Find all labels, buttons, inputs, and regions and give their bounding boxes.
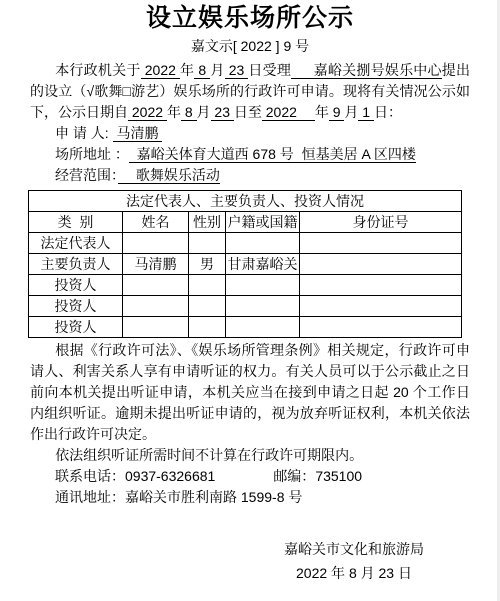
hearing-time-note: 依法组织听证所需时间不计算在行政许可期限内。 <box>30 445 470 466</box>
accept-day-field: 23 <box>225 62 249 79</box>
notice-content: 设立娱乐场所公示 嘉文示[ 2022 ] 9 号 本行政机关于 2022 年 8… <box>0 0 500 508</box>
intro-paragraph: 本行政机关于 2022 年 8 月 23 日受理 嘉峪关捌号娱乐中心提出的设立（… <box>30 60 470 123</box>
table-caption-row: 法定代表人、主要负责人、投资人情况 <box>29 191 462 212</box>
cell-id-number <box>300 317 462 338</box>
business-scope-line: 经营范围： 歌舞娱乐活动 <box>30 165 470 186</box>
venue-address-label: 场所地址 ： <box>55 146 129 162</box>
signature-block: 嘉峪关市文化和旅游局 2022 年 8 月 23 日 <box>284 537 424 585</box>
intro-text: 月 <box>210 62 224 78</box>
cell-name <box>123 275 189 296</box>
intro-text: 月 <box>344 104 358 120</box>
intro-text: 年 <box>180 62 194 78</box>
end-day-field: 1 <box>358 104 374 121</box>
doc-number: 嘉文示[ 2022 ] 9 号 <box>30 36 470 56</box>
cell-id-number <box>300 233 462 254</box>
applicant-line: 申 请 人: 马清鹏 <box>30 123 470 144</box>
venue-address-value: 嘉峪关体育大道西 678 号 恒基美居 A 区四楼 <box>129 146 416 163</box>
column-header-category: 类 别 <box>29 212 123 233</box>
table-row: 投资人 <box>29 296 462 317</box>
mailing-address-label: 通讯地址： <box>55 489 125 505</box>
cell-id-number <box>300 296 462 317</box>
table-header-row: 类 别 姓名 性别 户籍或国籍 身份证号 <box>29 212 462 233</box>
intro-text: 年 <box>315 104 329 120</box>
applicant-label: 申 请 人: <box>55 125 109 141</box>
column-header-origin: 户籍或国籍 <box>226 212 300 233</box>
cell-name: 马清鹏 <box>123 254 189 275</box>
intro-text: 日至 <box>234 104 262 120</box>
issuing-agency: 嘉峪关市文化和旅游局 <box>284 537 424 561</box>
cell-origin <box>226 233 300 254</box>
start-day-field: 23 <box>211 104 234 121</box>
column-header-id-number: 身份证号 <box>300 212 462 233</box>
mailing-address-line: 通讯地址：嘉峪关市胜利南路 1599-8 号 <box>30 487 470 508</box>
phone-value: 0937-6326681 <box>125 468 215 484</box>
cell-category: 投资人 <box>29 296 123 317</box>
postcode-label: 邮编： <box>273 468 315 484</box>
intro-text: 日受理 <box>248 62 291 78</box>
applicant-org-field: 嘉峪关捌号娱乐中心 <box>291 62 442 79</box>
cell-gender: 男 <box>189 254 226 275</box>
applicant-value: 马清鹏 <box>113 125 163 142</box>
cell-category: 投资人 <box>29 317 123 338</box>
persons-table: 法定代表人、主要负责人、投资人情况 类 别 姓名 性别 户籍或国籍 身份证号 法… <box>28 190 462 338</box>
table-row: 投资人 <box>29 317 462 338</box>
hearing-rights-paragraph: 根据《行政许可法》、《娱乐场所管理条例》相关规定，行政许可申请人、利害关系人享有… <box>30 340 470 445</box>
page-title: 设立娱乐场所公示 <box>30 3 470 33</box>
phone-postcode-line: 联系电话：0937-6326681邮编：735100 <box>30 466 470 487</box>
table-row: 投资人 <box>29 275 462 296</box>
notice-page: 设立娱乐场所公示 嘉文示[ 2022 ] 9 号 本行政机关于 2022 年 8… <box>0 0 500 601</box>
start-year-field: 2022 <box>128 104 167 121</box>
venue-address-line: 场所地址 ： 嘉峪关体育大道西 678 号 恒基美居 A 区四楼 <box>30 144 470 165</box>
cell-gender <box>189 296 226 317</box>
business-scope-value: 歌舞娱乐活动 <box>118 167 220 184</box>
intro-text: 年 <box>167 104 181 120</box>
table-caption: 法定代表人、主要负责人、投资人情况 <box>29 191 462 212</box>
table-row: 法定代表人 <box>29 233 462 254</box>
accept-month-field: 8 <box>194 62 210 79</box>
cell-origin <box>226 317 300 338</box>
column-header-gender: 性别 <box>189 212 226 233</box>
postcode-value: 735100 <box>315 468 362 484</box>
cell-origin <box>226 275 300 296</box>
mailing-address-value: 嘉峪关市胜利南路 1599-8 号 <box>125 489 302 505</box>
issue-date: 2022 年 8 月 23 日 <box>284 561 424 585</box>
cell-category: 主要负责人 <box>29 254 123 275</box>
accept-year-field: 2022 <box>141 62 180 79</box>
end-year-field: 2022 <box>262 104 315 121</box>
table-row: 主要负责人 马清鹏 男 甘肃嘉峪关 <box>29 254 462 275</box>
phone-label: 联系电话： <box>55 468 125 484</box>
cell-gender <box>189 275 226 296</box>
cell-category: 投资人 <box>29 275 123 296</box>
cell-id-number <box>300 275 462 296</box>
intro-text: 月 <box>197 104 211 120</box>
start-month-field: 8 <box>181 104 197 121</box>
intro-text: 日： <box>374 104 402 120</box>
intro-text: 本行政机关于 <box>55 62 140 78</box>
cell-origin <box>226 296 300 317</box>
cell-name <box>123 296 189 317</box>
cell-name <box>123 317 189 338</box>
end-month-field: 9 <box>329 104 345 121</box>
cell-name <box>123 233 189 254</box>
cell-category: 法定代表人 <box>29 233 123 254</box>
business-scope-label: 经营范围： <box>55 167 118 183</box>
cell-id-number <box>300 254 462 275</box>
column-header-name: 姓名 <box>123 212 189 233</box>
cell-gender <box>189 233 226 254</box>
cell-gender <box>189 317 226 338</box>
cell-origin: 甘肃嘉峪关 <box>226 254 300 275</box>
